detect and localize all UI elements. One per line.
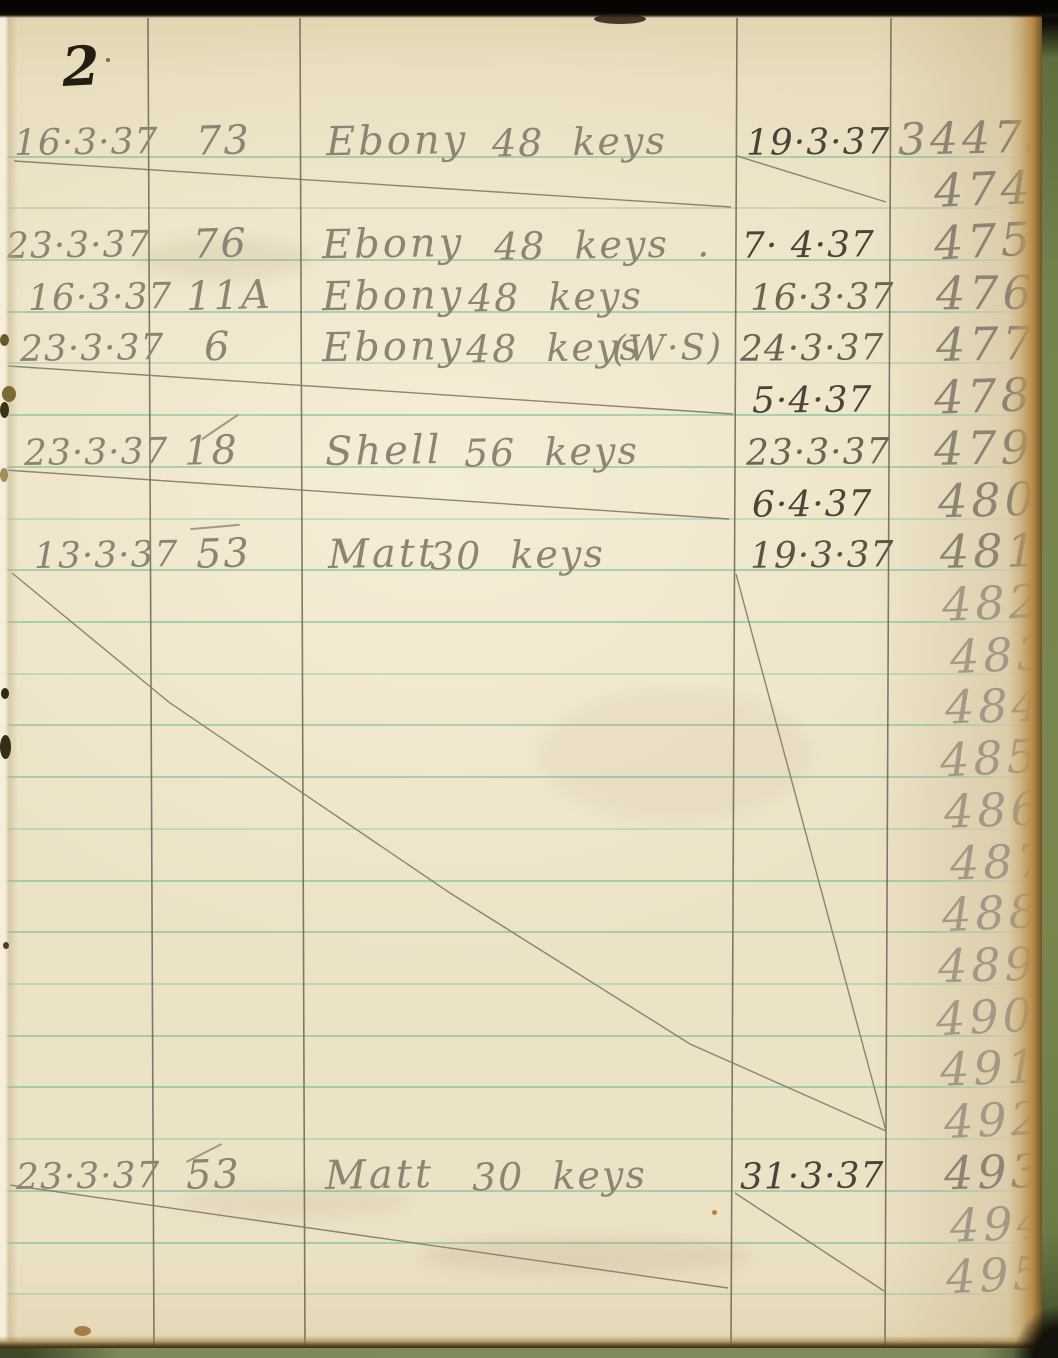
- dispatch-date: 19·3·37: [746, 124, 891, 162]
- page-left-edge: [0, 16, 18, 1342]
- received-date: 13·3·37: [34, 537, 179, 575]
- finish-name: Ebony: [322, 223, 465, 265]
- dispatch-date: 5·4·37: [752, 382, 873, 419]
- serial-number: 494: [949, 1199, 1051, 1249]
- ditto-line: [14, 161, 731, 207]
- column-line: [300, 18, 305, 1348]
- ditto-line: [5, 470, 729, 519]
- dispatch-date: 6·4·37: [752, 486, 873, 523]
- page-number: 2: [60, 33, 101, 99]
- serial-number: 477: [936, 320, 1037, 368]
- ruled-line: [0, 931, 1034, 933]
- serial-number: 479: [934, 424, 1035, 472]
- binding-spot: [0, 735, 11, 759]
- serial-number: 482: [941, 578, 1042, 627]
- ruled-line: [0, 1138, 1034, 1140]
- ruled-line: [0, 828, 1034, 830]
- dispatch-date: 23·3·37: [746, 434, 891, 472]
- ditto-line: [8, 366, 733, 414]
- serial-number: 485: [939, 733, 1041, 784]
- ruled-line: [0, 1086, 1034, 1088]
- column-line: [731, 18, 737, 1348]
- paper-smudge: [420, 1236, 750, 1274]
- keys-count: 56 keys: [464, 431, 640, 472]
- dispatch-date: 31·3·37: [740, 1158, 885, 1196]
- received-date: 16·3·37: [28, 279, 173, 317]
- scan-backdrop-bottom: [0, 1348, 1058, 1358]
- keys-count: 48 keys .: [494, 224, 712, 266]
- ledger-page-scan: 2 16·3·3773Ebony48 keys19·3·373447347423…: [0, 0, 1058, 1358]
- finish-name: Matt: [328, 533, 438, 575]
- scan-backdrop-notch: [594, 14, 646, 24]
- model-number: 53: [195, 534, 251, 575]
- binding-spot: [0, 468, 8, 482]
- binding-spot: [1, 688, 9, 699]
- model-number: 73: [195, 120, 251, 161]
- received-date: 23·3·37: [6, 227, 151, 265]
- paper-speck: [106, 58, 110, 62]
- ruled-line: [0, 1345, 1034, 1347]
- ruled-line: [0, 1293, 1034, 1295]
- ruled-line: [0, 621, 1034, 623]
- keys-count: 48 keys: [468, 276, 644, 317]
- serial-number: 495: [945, 1250, 1047, 1300]
- serial-number: 474: [933, 164, 1035, 214]
- keys-suffix: (W·S): [612, 330, 724, 368]
- correction-stroke: [190, 524, 240, 530]
- ditto-line: [12, 573, 886, 1131]
- model-number: 76: [192, 223, 248, 264]
- binding-spot: [2, 386, 16, 402]
- serial-number: 489: [937, 941, 1038, 989]
- ruled-line: [0, 983, 1034, 985]
- binding-spot: [0, 334, 9, 346]
- ruled-line: [0, 776, 1034, 778]
- finish-name: Ebony: [326, 119, 469, 161]
- binding-spot: [3, 942, 9, 949]
- keys-count: 48 keys: [492, 121, 668, 162]
- model-number: 11A: [185, 275, 272, 317]
- serial-number: 486: [943, 785, 1045, 835]
- dispatch-date: 16·3·37: [750, 279, 895, 317]
- dispatch-date: 19·3·37: [750, 537, 895, 575]
- received-date: 23·3·37: [24, 434, 169, 472]
- serial-number: 487: [949, 837, 1050, 886]
- finish-name: Matt: [325, 1154, 435, 1196]
- received-date: 23·3·37: [16, 1158, 161, 1196]
- serial-number: 490: [935, 991, 1037, 1042]
- serial-number: 491: [939, 1044, 1040, 1093]
- scan-backdrop-top: [0, 0, 1058, 18]
- received-date: 16·3·37: [14, 123, 159, 161]
- finish-name: Ebony: [322, 326, 465, 368]
- model-number: 6: [203, 327, 231, 368]
- serial-number: 484: [944, 682, 1045, 731]
- finish-name: Shell: [325, 430, 443, 472]
- serial-number: 34473: [898, 115, 1058, 162]
- keys-count: 30 keys: [430, 535, 606, 576]
- ruled-line: [0, 414, 1034, 416]
- serial-number: 480: [937, 475, 1038, 524]
- ruled-line: [0, 880, 1034, 882]
- column-line: [885, 18, 891, 1348]
- column-line: [148, 18, 154, 1348]
- binding-spot: [0, 402, 9, 418]
- serial-number: 488: [941, 888, 1043, 938]
- ruled-line: [0, 207, 1034, 209]
- dispatch-date: 7· 4·37: [742, 227, 875, 264]
- serial-number: 478: [933, 371, 1034, 420]
- paper-speck: [712, 1210, 717, 1215]
- serial-number: 492: [943, 1095, 1045, 1145]
- serial-number: 493: [943, 1148, 1044, 1197]
- received-date: 23·3·37: [20, 330, 165, 368]
- finish-name: Ebony: [322, 274, 465, 316]
- keys-count: 30 keys: [472, 1155, 648, 1196]
- model-number: 18: [183, 430, 239, 471]
- ruled-line: [0, 673, 1034, 675]
- ditto-line: [736, 574, 886, 1131]
- paper-smudge: [540, 690, 810, 820]
- model-number: 53: [185, 1154, 241, 1195]
- ruled-line: [0, 1035, 1034, 1037]
- ruled-line: [0, 724, 1034, 726]
- serial-number: 481: [940, 527, 1041, 575]
- ink-stain: [74, 1326, 91, 1336]
- dispatch-date: 24·3·37: [740, 331, 885, 369]
- serial-number: 475: [933, 215, 1035, 266]
- page-bottom-edge: [0, 1336, 1046, 1350]
- ruled-line: [0, 518, 1034, 520]
- serial-number: 483: [949, 629, 1051, 679]
- serial-number: 476: [936, 269, 1036, 316]
